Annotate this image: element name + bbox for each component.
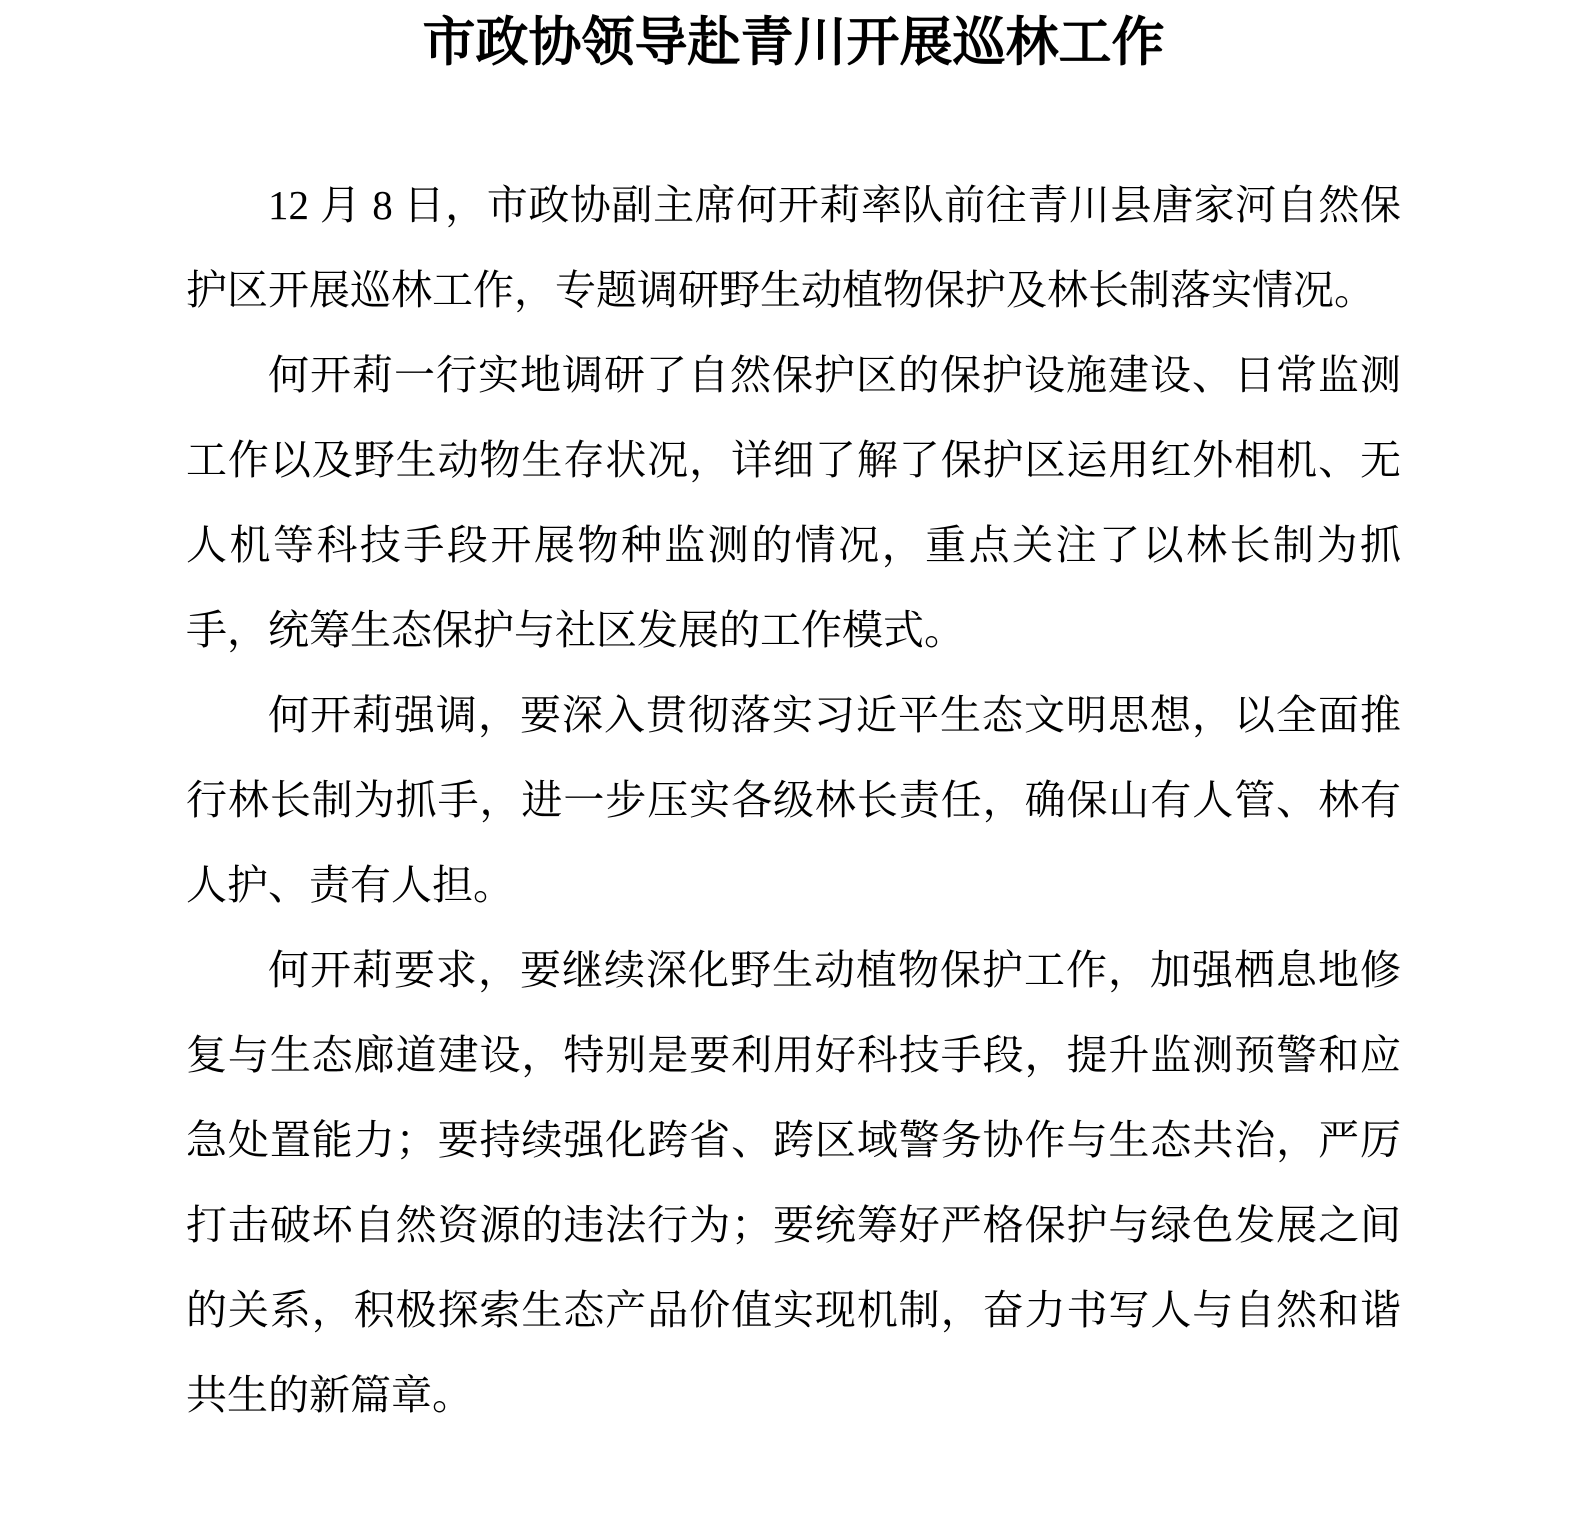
paragraph-3: 何开莉强调，要深入贯彻落实习近平生态文明思想，以全面推行林长制为抓手，进一步压实… xyxy=(186,673,1401,928)
document-title: 市政协领导赴青川开展巡林工作 xyxy=(0,0,1587,78)
document-body: 12 月 8 日，市政协副主席何开莉率队前往青川县唐家河自然保护区开展巡林工作，… xyxy=(186,163,1401,1438)
paragraph-1: 12 月 8 日，市政协副主席何开莉率队前往青川县唐家河自然保护区开展巡林工作，… xyxy=(186,163,1401,333)
paragraph-2: 何开莉一行实地调研了自然保护区的保护设施建设、日常监测工作以及野生动物生存状况，… xyxy=(186,333,1401,673)
paragraph-4: 何开莉要求，要继续深化野生动植物保护工作，加强栖息地修复与生态廊道建设，特别是要… xyxy=(186,928,1401,1438)
document-page: 市政协领导赴青川开展巡林工作 12 月 8 日，市政协副主席何开莉率队前往青川县… xyxy=(0,0,1587,1519)
